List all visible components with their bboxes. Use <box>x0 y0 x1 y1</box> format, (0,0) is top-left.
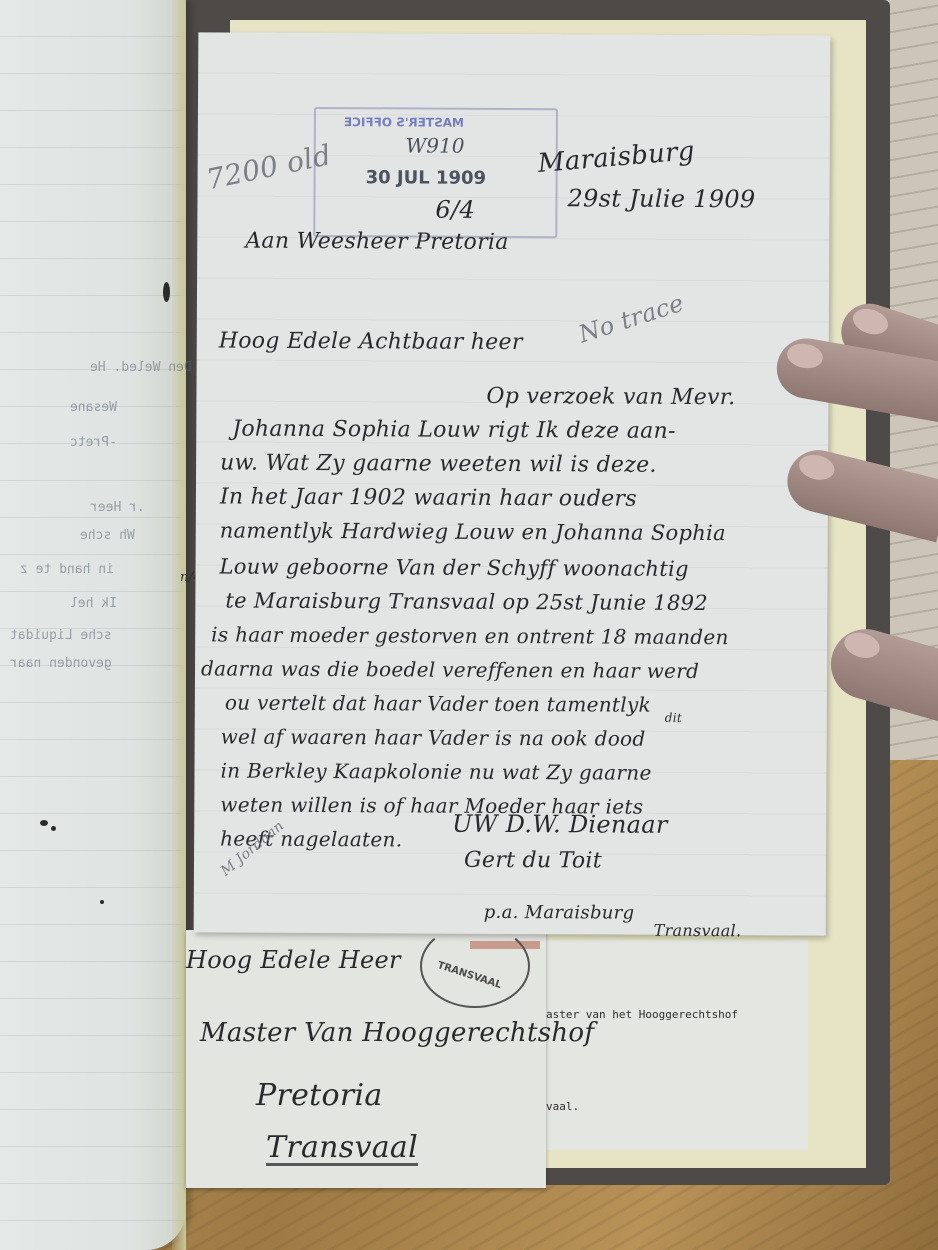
signature: Gert du Toit <box>464 848 602 874</box>
envelope-salutation: Hoog Edele Heer <box>186 946 401 974</box>
stamp-header: MASTER'S OFFICE <box>344 115 464 130</box>
stamp-fraction: 6/4 <box>435 196 475 224</box>
body-line: uw. Wat Zy gaarne weeten wil is deze. <box>220 450 657 477</box>
ink-blot <box>40 820 48 826</box>
typed-line: vaal. <box>546 1100 579 1113</box>
body-line: In het Jaar 1902 waarin haar ouders <box>220 484 637 511</box>
envelope-city: Pretoria <box>256 1078 383 1113</box>
body-line: ou vertelt dat haar Vader toen tamentlyk <box>225 690 651 716</box>
salutation: Hoog Edele Achtbaar heer <box>219 328 523 355</box>
mirrored-typed-line: Den Weled. He <box>90 360 192 375</box>
ink-blot <box>51 826 56 831</box>
left-page: Den Weled. He Wesane -Pretc .r Heer Wh s… <box>0 0 186 1250</box>
body-line: namentlyk Hardwieg Louw en Johanna Sophi… <box>220 518 726 545</box>
mirrored-typed-line: Ik hel <box>70 596 117 611</box>
closing: UW D.W. Dienaar <box>452 810 668 839</box>
postmark: TRANSVAAL <box>420 924 530 1008</box>
insertion-above: dit <box>665 711 682 725</box>
mirrored-typed-line: sche Liquidat <box>10 628 112 643</box>
mirrored-typed-line: in hand te z <box>20 562 114 577</box>
ink-blot <box>100 900 104 904</box>
body-line: wel af waaren haar Vader is na ook dood <box>221 724 646 750</box>
ink-blot <box>163 282 170 302</box>
body-line: te Maraisburg Transvaal op 25st Junie 18… <box>225 589 708 616</box>
envelope-region: Transvaal <box>266 1130 418 1165</box>
mirrored-typed-line: Wh sche <box>80 528 135 543</box>
mirrored-typed-line: gevonden naar <box>10 656 112 671</box>
body-line: in Berkley Kaapkolonie nu wat Zy gaarne <box>220 758 651 784</box>
letter-addressee: Aan Weesheer Pretoria <box>245 229 509 255</box>
stamp-ref-number: W910 <box>406 133 465 157</box>
handwritten-letter: 7200 old MASTER'S OFFICE W910 30 JUL 190… <box>194 32 831 935</box>
sender-region: Transvaal. <box>654 921 742 940</box>
stamp-date: 30 JUL 1909 <box>366 167 487 189</box>
body-line: is haar moeder gestorven en ontrent 18 m… <box>211 622 729 649</box>
postmark-text: TRANSVAAL <box>436 960 503 991</box>
letter-date: 29st Julie 1909 <box>567 184 755 213</box>
sender-address: p.a. Maraisburg <box>484 902 635 924</box>
mirrored-typed-line: -Pretc <box>70 435 117 450</box>
receipt-stamp: MASTER'S OFFICE W910 30 JUL 1909 6/4 <box>313 107 558 238</box>
body-line: daarna was die boedel vereffenen en haar… <box>201 656 699 683</box>
mirrored-typed-line: .r Heer <box>90 500 145 515</box>
envelope-recipient: Master Van Hooggerechtshof <box>200 1018 594 1048</box>
mirrored-typed-line: Wesane <box>70 400 117 415</box>
body-line: Johanna Sophia Louw rigt Ik deze aan- <box>232 417 676 444</box>
body-line: Op verzoek van Mevr. <box>486 384 735 410</box>
body-line: Louw geboorne Van der Schyff woonachtig <box>220 554 689 580</box>
